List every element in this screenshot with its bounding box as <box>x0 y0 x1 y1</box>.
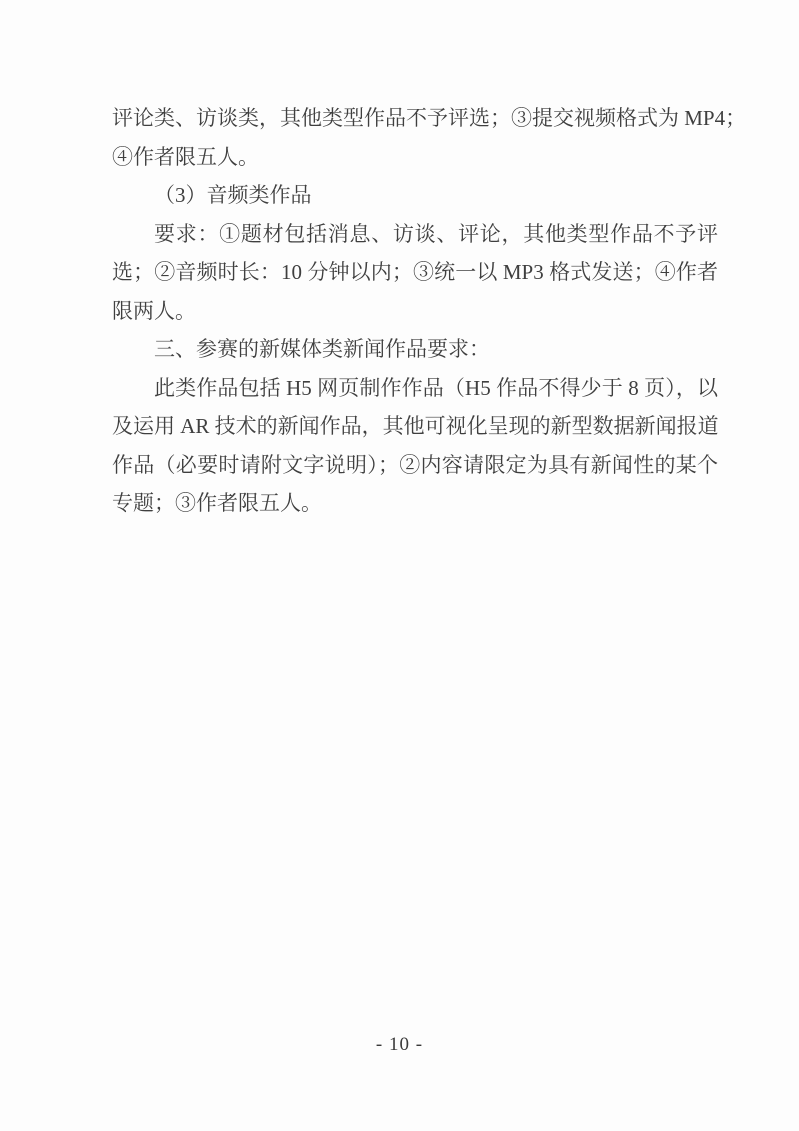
text-line: 此类作品包括 H5 网页制作作品（H5 作品不得少于 8 页），以 <box>112 369 718 408</box>
document-body: 评论类、访谈类，其他类型作品不予评选；③提交视频格式为 MP4； ④作者限五人。… <box>112 99 718 523</box>
text-line: 专题；③作者限五人。 <box>112 484 718 523</box>
paragraph: 此类作品包括 H5 网页制作作品（H5 作品不得少于 8 页），以 及运用 AR… <box>112 369 718 523</box>
text-line: 评论类、访谈类，其他类型作品不予评选；③提交视频格式为 MP4； <box>112 99 718 138</box>
paragraph-heading: 三、参赛的新媒体类新闻作品要求： <box>112 330 718 369</box>
text-line: 及运用 AR 技术的新闻作品，其他可视化呈现的新型数据新闻报道 <box>112 407 718 446</box>
text-line: ④作者限五人。 <box>112 138 718 177</box>
text-line: （3）音频类作品 <box>112 176 718 215</box>
text-line: 要求：①题材包括消息、访谈、评论，其他类型作品不予评 <box>112 215 718 254</box>
text-line: 作品（必要时请附文字说明）；②内容请限定为具有新闻性的某个 <box>112 446 718 485</box>
paragraph: 评论类、访谈类，其他类型作品不予评选；③提交视频格式为 MP4； ④作者限五人。 <box>112 99 718 176</box>
text-line: 限两人。 <box>112 292 718 331</box>
paragraph-heading: （3）音频类作品 <box>112 176 718 215</box>
paragraph: 要求：①题材包括消息、访谈、评论，其他类型作品不予评 选；②音频时长：10 分钟… <box>112 215 718 331</box>
document-page: 评论类、访谈类，其他类型作品不予评选；③提交视频格式为 MP4； ④作者限五人。… <box>0 0 799 1131</box>
text-line: 选；②音频时长：10 分钟以内；③统一以 MP3 格式发送；④作者 <box>112 253 718 292</box>
text-line: 三、参赛的新媒体类新闻作品要求： <box>112 330 718 369</box>
page-number: - 10 - <box>0 1034 799 1056</box>
